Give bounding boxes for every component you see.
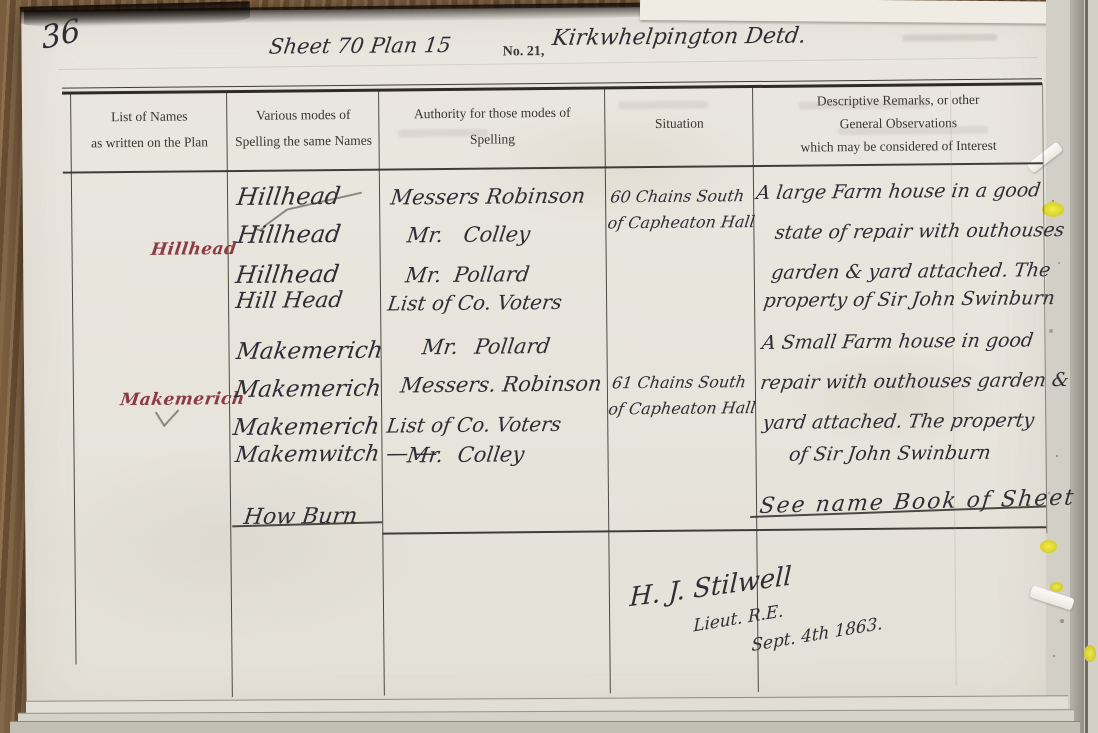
ink-ghost <box>618 100 708 109</box>
column-header-situation: Situation <box>608 110 750 137</box>
situation-line: of Capheaton Hall <box>606 212 756 232</box>
column-header-names: List of Names as written on the Plan <box>74 103 224 156</box>
authority: Messers. Robinson <box>399 371 603 397</box>
sheet-content: 36 Sheet 70 Plan 15 No. 21, Kirkwhelping… <box>0 0 1098 733</box>
situation-line: 61 Chains South <box>611 372 747 392</box>
plan-name: Makemerich <box>119 389 246 410</box>
document-scan: 36 Sheet 70 Plan 15 No. 21, Kirkwhelping… <box>0 0 1098 733</box>
spelling: Hillhead <box>236 220 343 249</box>
header-line: List of Names <box>74 103 224 130</box>
authority: List of Co. Voters <box>385 412 562 438</box>
authority: Mr. Pollard <box>404 262 531 287</box>
remark-line: repair with outhouses garden & <box>759 369 1070 394</box>
spelling: Hillhead <box>234 260 341 289</box>
header-line: Situation <box>608 110 750 137</box>
spelling: Makemerich <box>233 376 383 403</box>
column-header-authority: Authority for those modes of Spelling <box>382 99 602 153</box>
header-line: Various modes of <box>230 102 376 129</box>
remark-line: state of repair with outhouses <box>774 219 1066 244</box>
pencil-guide-line <box>58 57 1038 70</box>
plan-name: Hillhead <box>150 239 238 260</box>
remark-line: A large Farm house in a good <box>755 179 1042 204</box>
ink-ghost <box>838 126 988 135</box>
faint-stamp <box>903 34 998 42</box>
header-line: Spelling the same Names <box>230 128 376 155</box>
header-line: Authority for those modes of <box>382 99 602 127</box>
authority: Messers Robinson <box>389 184 587 210</box>
authority: List of Co. Voters <box>386 290 563 316</box>
remark-line: A Small Farm house in good <box>761 329 1035 354</box>
district-title: Kirkwhelpington Detd. <box>551 24 808 51</box>
authority: Mr. Pollard <box>421 334 552 359</box>
ink-ghost <box>398 129 488 138</box>
spelling: Makemerich <box>235 338 385 365</box>
table-border-left <box>70 93 76 665</box>
sheet-plan-title: Sheet 70 Plan 15 <box>268 33 453 59</box>
column-header-spelling-modes: Various modes of Spelling the same Names <box>230 102 376 155</box>
column-divider-4 <box>752 86 759 692</box>
ink-ghost <box>798 100 928 109</box>
situation-line: of Capheaton Hall <box>607 398 757 418</box>
pencil-check-icon <box>153 408 181 430</box>
printed-number-label: No. 21, <box>503 44 545 60</box>
situation-line: 60 Chains South <box>609 186 745 206</box>
header-line: as written on the Plan <box>74 129 224 156</box>
header-line: which may be considered of Interest <box>757 133 1041 159</box>
page-number: 36 <box>40 12 83 57</box>
remark-line: property of Sir John Swinburn <box>762 287 1056 312</box>
remark-line: yard attached. The property <box>761 409 1035 434</box>
remark-line: of Sir John Swinburn <box>788 442 992 466</box>
authority: Mr. Colley <box>406 442 526 467</box>
column-divider-3 <box>604 87 611 693</box>
spelling: Makemerich <box>231 414 381 441</box>
header-bottom-rule <box>63 162 1043 173</box>
remark-line: garden & yard attached. The <box>770 259 1052 284</box>
spelling: Hill Head <box>234 288 344 314</box>
entry-divider-rule <box>382 526 1046 534</box>
spelling: Hillhead <box>235 182 342 211</box>
authority: Mr. Colley <box>406 222 532 247</box>
column-header-remarks: Descriptive Remarks, or other General Ob… <box>756 87 1041 159</box>
surveyor-rank: Lieut. R.E. <box>693 601 783 636</box>
